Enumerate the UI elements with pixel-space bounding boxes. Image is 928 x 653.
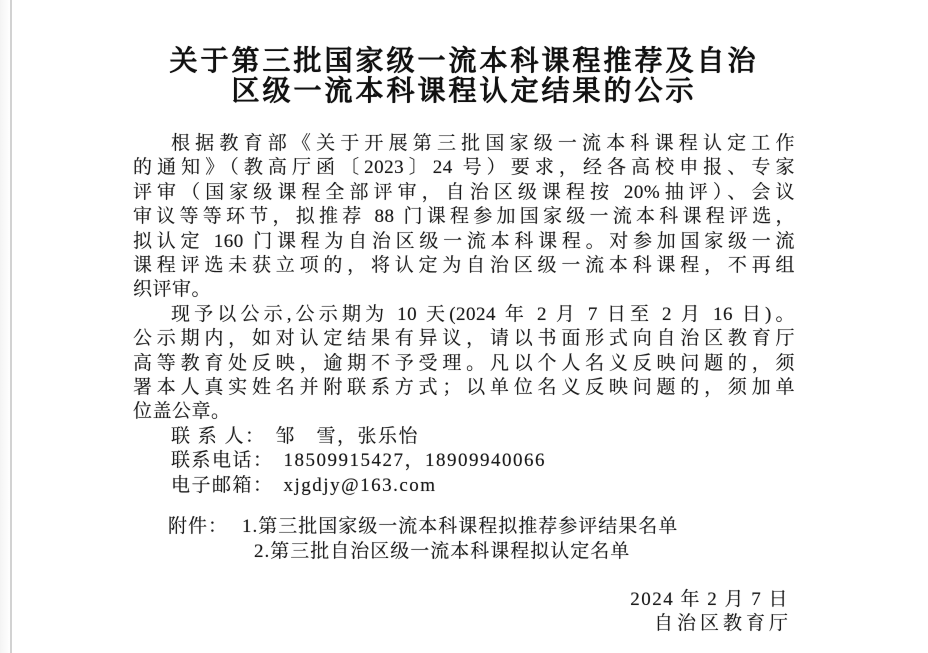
contact-person-value: 邹 雪，张乐怡	[276, 426, 420, 447]
document-title-line-1: 关于第三批国家级一流本科课程推荐及自治	[133, 47, 795, 77]
body-line: 现予以公示,公示期为 10 天(2024 年 2 月 7 日至 2 月 16 日…	[133, 303, 795, 327]
contact-person-line: 联 系 人：邹 雪，张乐怡	[133, 425, 795, 449]
body-line: 署本人真实姓名并附联系方式；以单位名义反映问题的，须加单	[133, 376, 795, 400]
body-line: 公示期内，如对认定结果有异议，请以书面形式向自治区教育厅	[133, 327, 795, 351]
body-line: 课程评选未获立项的，将认定为自治区级一流本科课程，不再组	[133, 254, 795, 278]
contact-email-label: 电子邮箱：	[171, 475, 274, 496]
attachment-block: 附件： 1.第三批国家级一流本科课程拟推荐参评结果名单 2.第三批自治区级一流本…	[133, 515, 795, 564]
attachment-item: 1.第三批国家级一流本科课程拟推荐参评结果名单	[242, 515, 678, 539]
body-line: 高等教育处反映，逾期不予受理。凡以个人名义反映问题的，须	[133, 352, 795, 376]
contact-person-label: 联 系 人：	[171, 426, 266, 447]
body-line: 根据教育部《关于开展第三批国家级一流本科课程认定工作	[133, 132, 795, 156]
attachment-label: 附件：	[168, 515, 228, 564]
page-edge-line	[10, 0, 12, 653]
contact-block: 联 系 人：邹 雪，张乐怡 联系电话：18509915427，189099400…	[133, 425, 795, 498]
body-line: 评审（国家级课程全部评审，自治区级课程按 20%抽评）、会议	[133, 181, 795, 205]
attachment-items: 1.第三批国家级一流本科课程拟推荐参评结果名单 2.第三批自治区级一流本科课程拟…	[242, 515, 678, 564]
contact-phone-value: 18509915427，18909940066	[284, 450, 547, 471]
body-line: 位盖公章。	[133, 400, 795, 424]
document-title: 关于第三批国家级一流本科课程推荐及自治 区级一流本科课程认定结果的公示	[133, 47, 795, 107]
body-line: 的通知》（教高厅函〔2023〕24 号）要求，经各高校申报、专家	[133, 156, 795, 180]
document-title-line-2: 区级一流本科课程认定结果的公示	[133, 77, 795, 107]
body-line: 拟认定 160 门课程为自治区级一流本科课程。对参加国家级一流	[133, 230, 795, 254]
document-date: 2024 年 2 月 7 日	[133, 588, 795, 612]
page-edge-shade	[0, 0, 10, 653]
body-line: 织评审。	[133, 278, 795, 302]
contact-email-value: xjgdjy@163.com	[284, 475, 437, 496]
contact-email-line: 电子邮箱：xjgdjy@163.com	[133, 474, 795, 498]
paragraph-2: 现予以公示,公示期为 10 天(2024 年 2 月 7 日至 2 月 16 日…	[133, 303, 795, 425]
announcement-document: 关于第三批国家级一流本科课程推荐及自治 区级一流本科课程认定结果的公示 根据教育…	[133, 47, 795, 637]
body-line: 审议等等环节，拟推荐 88 门课程参加国家级一流本科课程评选，	[133, 205, 795, 229]
document-signer: 自治区教育厅	[133, 612, 795, 636]
attachment-item: 2.第三批自治区级一流本科课程拟认定名单	[254, 540, 678, 564]
document-page: 关于第三批国家级一流本科课程推荐及自治 区级一流本科课程认定结果的公示 根据教育…	[0, 0, 928, 653]
paragraph-1: 根据教育部《关于开展第三批国家级一流本科课程认定工作 的通知》（教高厅函〔202…	[133, 132, 795, 303]
contact-phone-label: 联系电话：	[171, 450, 274, 471]
contact-phone-line: 联系电话：18509915427，18909940066	[133, 449, 795, 473]
